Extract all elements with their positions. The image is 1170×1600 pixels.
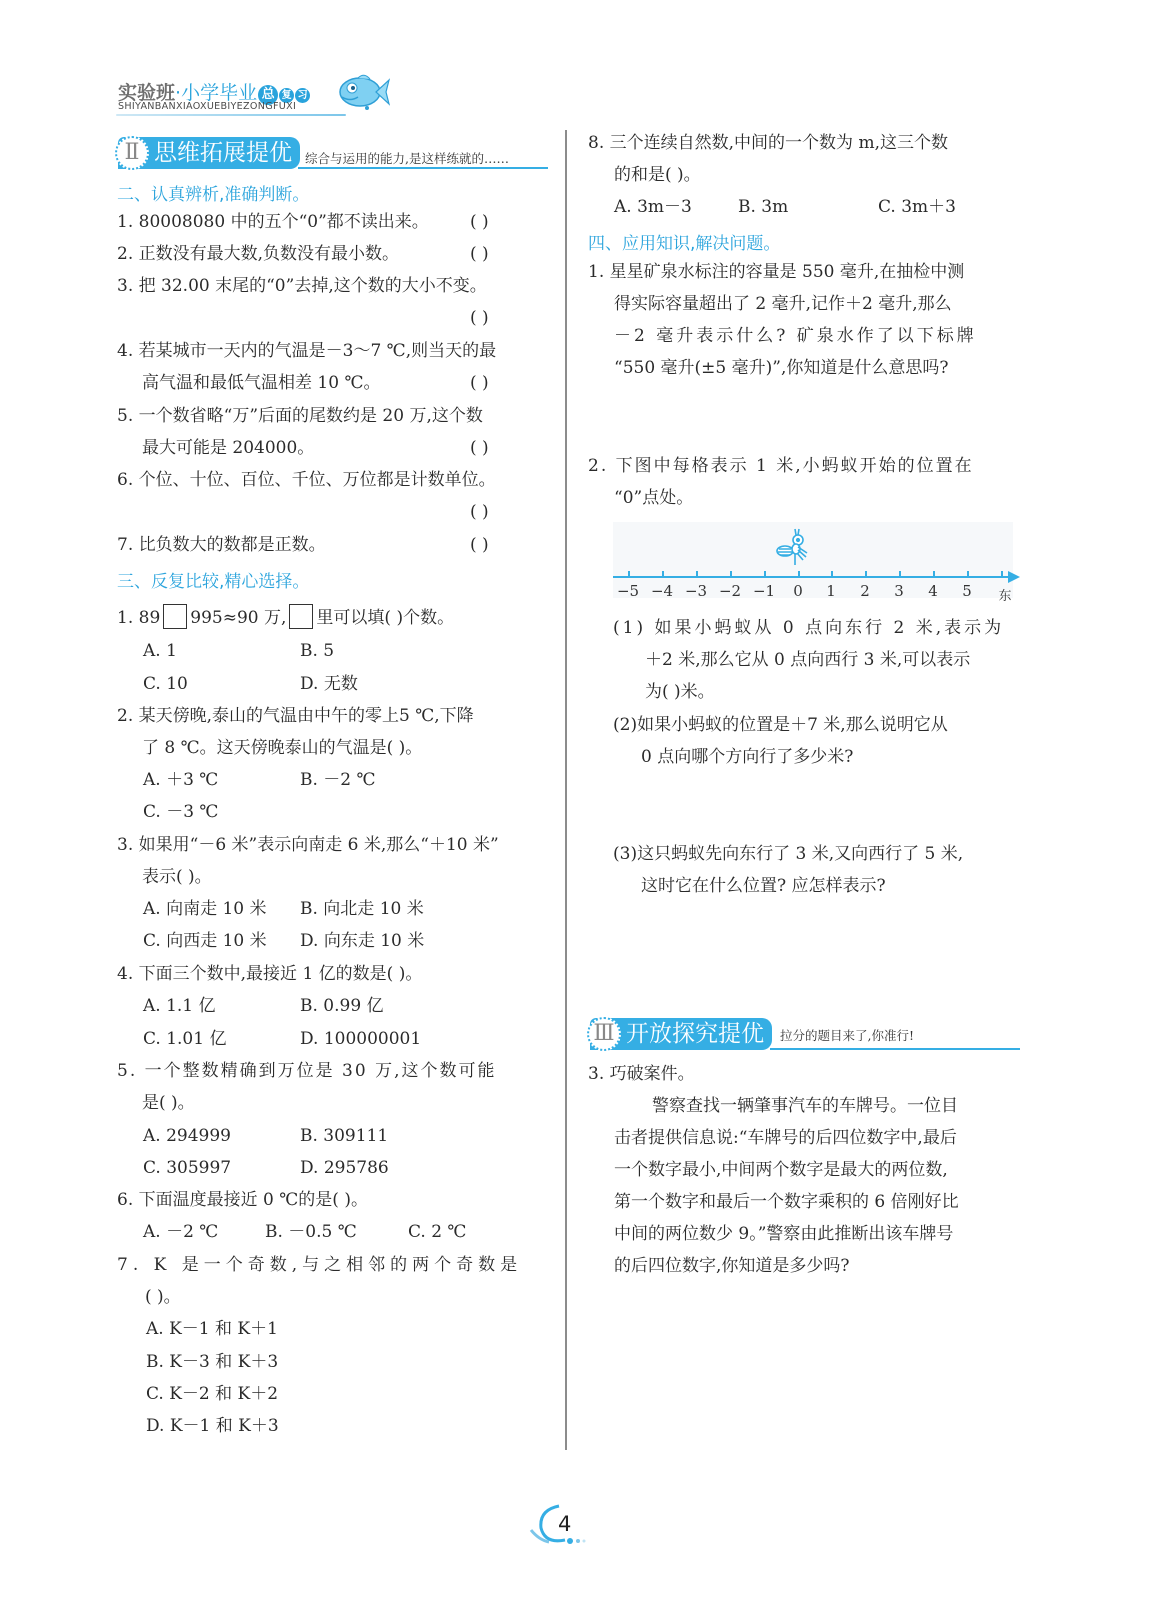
judgment-item-3: 3. 把 32.00 末尾的“0”去掉,这个数的大小不变。 (117, 276, 487, 296)
application-q1-line4: “550 毫升(±5 毫升)”,你知道是什么意思吗? (614, 358, 948, 378)
open-q3-line6: 的后四位数字,你知道是多少吗? (614, 1256, 850, 1276)
item-number: 5. (117, 406, 133, 426)
tick (628, 571, 630, 576)
tick-label: 4 (918, 582, 948, 600)
application-q1: 1. 星星矿泉水标注的容量是 550 毫升,在抽检中测 (588, 262, 964, 282)
choice-q3-cont: 表示( )。 (142, 867, 212, 887)
tick (798, 571, 800, 576)
tick (933, 571, 935, 576)
ant-icon (775, 527, 815, 569)
section-banner-III: 开放探究提优 Ⅲ 拉分的题目来了,你准行! (590, 1018, 1020, 1052)
answer-blank[interactable]: ( ) (470, 535, 489, 555)
item-number: 4. (117, 341, 133, 361)
open-q3-line2: 击者提供信息说:“车牌号的后四位数字中,最后 (614, 1128, 957, 1148)
application-q1-line2: 得实际容量超出了 2 毫升,记作＋2 毫升,那么 (614, 294, 952, 314)
tick (865, 571, 867, 576)
number-line-axis (613, 576, 1013, 578)
option-a[interactable]: A. 1 (143, 641, 177, 661)
choice-q7-cont: ( )。 (145, 1287, 181, 1307)
option-c[interactable]: C. 向西走 10 米 (143, 931, 267, 951)
option-a[interactable]: A. K－1 和 K＋1 (146, 1319, 278, 1339)
choice-q3: 3. 如果用“－6 米”表示向南走 6 米,那么“＋10 米” (117, 835, 499, 855)
sub-question-1: (1) 如果小蚂蚁从 0 点向东行 2 米,表示为 (613, 618, 1004, 638)
item-number: 1. (117, 608, 133, 628)
item-text: 巧破案件。 (610, 1064, 695, 1084)
option-c[interactable]: C. 2 ℃ (408, 1222, 466, 1242)
section-tagline: 综合与运用的能力,是这样练就的…… (305, 149, 509, 167)
q1-suffix: 里可以填( )个数。 (316, 608, 454, 628)
item-number: 6. (117, 470, 133, 490)
option-d[interactable]: D. 295786 (300, 1158, 389, 1178)
open-q3-line4: 第一个数字和最后一个数字乘积的 6 倍刚好比 (614, 1192, 959, 1212)
item-number: 7. (117, 1255, 143, 1275)
option-d[interactable]: D. 向东走 10 米 (300, 931, 424, 951)
tick-label: 3 (884, 582, 914, 600)
fill-box[interactable] (289, 604, 313, 629)
option-b[interactable]: B. 向北走 10 米 (300, 899, 424, 919)
item-text: 80008080 中的五个“0”都不读出来。 (139, 212, 429, 232)
item-text: 正数没有最大数,负数没有最小数。 (139, 244, 399, 264)
item-text: 比负数大的数都是正数。 (139, 535, 326, 555)
tick (696, 571, 698, 576)
option-d[interactable]: D. 100000001 (300, 1029, 421, 1049)
number-line-arrow-icon (1008, 571, 1020, 583)
option-a[interactable]: A. 1.1 亿 (143, 996, 216, 1016)
roman-numeral-badge: Ⅱ (115, 136, 149, 170)
option-b[interactable]: B. －0.5 ℃ (265, 1222, 357, 1242)
application-q2: 2. 下图中每格表示 1 米,小蚂蚁开始的位置在 (588, 456, 974, 476)
item-number: 6. (117, 1190, 133, 1210)
open-q3-line1: 警察查找一辆肇事汽车的车牌号。一位目 (652, 1096, 958, 1116)
judgment-item-4: 4. 若某城市一天内的气温是－3～7 ℃,则当天的最 (117, 341, 496, 361)
sub-question-2-line2: 0 点向哪个方向行了多少米? (641, 747, 853, 767)
option-d[interactable]: D. K－1 和 K＋3 (146, 1416, 279, 1436)
banner-rule (770, 1048, 1020, 1050)
tick (730, 571, 732, 576)
tick-label: −2 (715, 582, 745, 600)
tick (764, 571, 766, 576)
tick-label: 0 (783, 582, 813, 600)
option-c[interactable]: C. 3m＋3 (878, 197, 956, 217)
open-q3-line5: 中间的两位数少 9。”警察由此推断出该车牌号 (614, 1224, 953, 1244)
answer-blank[interactable]: ( ) (470, 244, 489, 264)
item-text: 下面三个数中,最接近 1 亿的数是( )。 (139, 964, 423, 984)
option-b[interactable]: B. 309111 (300, 1126, 388, 1146)
column-divider (565, 130, 567, 1450)
badge-xi: 习 (295, 88, 310, 103)
fill-box[interactable] (163, 604, 187, 629)
open-q3-line3: 一个数字最小,中间两个数字是最大的两位数, (614, 1160, 948, 1180)
option-d[interactable]: D. 无数 (300, 674, 358, 694)
tick-label: −5 (613, 582, 643, 600)
item-text: 若某城市一天内的气温是－3～7 ℃,则当天的最 (139, 341, 496, 361)
item-number: 2. (117, 706, 133, 726)
option-a[interactable]: A. 向南走 10 米 (143, 899, 267, 919)
option-b[interactable]: B. K－3 和 K＋3 (146, 1352, 278, 1372)
option-c[interactable]: C. 1.01 亿 (143, 1029, 226, 1049)
item-text: K 是一个奇数,与之相邻的两个奇数是 (154, 1255, 523, 1275)
option-a[interactable]: A. －2 ℃ (143, 1222, 218, 1242)
choice-q1: 1. 89995≈90 万,里可以填( )个数。 (117, 604, 454, 629)
tick (967, 571, 969, 576)
option-c[interactable]: C. 10 (143, 674, 188, 694)
item-number: 3. (117, 835, 133, 855)
part-heading-choice: 三、反复比较,精心选择。 (117, 567, 309, 592)
sub-question-1-line3: 为( )米。 (645, 682, 715, 702)
choice-q7: 7. K 是一个奇数,与之相邻的两个奇数是 (117, 1255, 522, 1275)
tick-label: 1 (816, 582, 846, 600)
answer-blank[interactable]: ( ) (470, 308, 489, 328)
judgment-item-7: 7. 比负数大的数都是正数。 (117, 535, 326, 555)
item-text: 如果用“－6 米”表示向南走 6 米,那么“＋10 米” (139, 835, 499, 855)
item-number: 3. (117, 276, 133, 296)
item-text: 一个数省略“万”后面的尾数约是 20 万,这个数 (139, 406, 483, 426)
choice-q5: 5. 一个整数精确到万位是 30 万,这个数可能 (117, 1061, 496, 1081)
choice-q4: 4. 下面三个数中,最接近 1 亿的数是( )。 (117, 964, 422, 984)
q1-middle: 995≈90 万, (190, 608, 286, 628)
choice-q6: 6. 下面温度最接近 0 ℃的是( )。 (117, 1190, 368, 1210)
choice-q8: 8. 三个连续自然数,中间的一个数为 m,这三个数 (588, 133, 948, 153)
tick-label: −1 (749, 582, 779, 600)
tick-label: 2 (850, 582, 880, 600)
answer-blank[interactable]: ( ) (470, 438, 489, 458)
option-c[interactable]: C. 305997 (143, 1158, 231, 1178)
option-b[interactable]: B. 5 (300, 641, 334, 661)
judgment-item-5: 5. 一个数省略“万”后面的尾数约是 20 万,这个数 (117, 406, 483, 426)
item-number: 1. (588, 262, 604, 282)
item-text: 三个连续自然数,中间的一个数为 m,这三个数 (610, 133, 948, 153)
tick (662, 571, 664, 576)
answer-blank[interactable]: ( ) (470, 212, 489, 232)
section-banner-II: 思维拓展提优 Ⅱ 综合与运用的能力,是这样练就的…… (118, 137, 548, 171)
tick-label: −4 (647, 582, 677, 600)
page-number: 4 (558, 1512, 571, 1536)
choice-q2: 2. 某天傍晚,泰山的气温由中午的零上5 ℃,下降 (117, 706, 474, 726)
tick-label: 5 (952, 582, 982, 600)
part-heading-application: 四、应用知识,解决问题。 (588, 229, 780, 254)
item-number: 7. (117, 535, 133, 555)
application-q1-line3: －2 毫升表示什么? 矿泉水作了以下标牌 (614, 326, 977, 346)
option-a[interactable]: A. 3m－3 (614, 197, 692, 217)
open-q3-title: 3. 巧破案件。 (588, 1064, 695, 1084)
choice-q2-cont: 了 8 ℃。这天傍晚泰山的气温是( )。 (142, 738, 422, 758)
judgment-item-4-cont: 高气温和最低气温相差 10 ℃。 (142, 373, 380, 393)
part-heading-judgment: 二、认真辨析,准确判断。 (117, 180, 309, 205)
tick (1001, 571, 1003, 576)
option-c[interactable]: C. －3 ℃ (143, 802, 218, 822)
item-text: 把 32.00 末尾的“0”去掉,这个数的大小不变。 (139, 276, 487, 296)
fish-mascot-icon (336, 70, 390, 114)
item-number: 3. (588, 1064, 604, 1084)
item-number: 4. (117, 964, 133, 984)
item-text: 星星矿泉水标注的容量是 550 毫升,在抽检中测 (610, 262, 965, 282)
option-a[interactable]: A. 294999 (143, 1126, 231, 1146)
choice-q8-cont: 的和是( )。 (614, 165, 701, 185)
item-number: 2. (588, 456, 608, 476)
section-tagline: 拉分的题目来了,你准行! (780, 1026, 914, 1044)
judgment-item-6: 6. 个位、十位、百位、千位、万位都是计数单位。 (117, 470, 496, 490)
item-text: 某天傍晚,泰山的气温由中午的零上5 ℃,下降 (139, 706, 474, 726)
judgment-item-1: 1. 80008080 中的五个“0”都不读出来。 (117, 212, 429, 232)
application-q2-cont: “0”点处。 (614, 488, 693, 508)
item-number: 5. (117, 1061, 137, 1081)
option-c[interactable]: C. K－2 和 K＋2 (146, 1384, 278, 1404)
header-underline (116, 114, 346, 116)
q1-prefix: 89 (139, 608, 161, 628)
sub-question-1-line2: ＋2 米,那么它从 0 点向西行 3 米,可以表示 (645, 650, 970, 670)
item-number: 1. (117, 212, 133, 232)
item-number: 2. (117, 244, 133, 264)
roman-numeral-badge: Ⅲ (587, 1017, 621, 1051)
answer-blank[interactable]: ( ) (470, 502, 489, 522)
choice-q5-cont: 是( )。 (142, 1093, 195, 1113)
judgment-item-2: 2. 正数没有最大数,负数没有最小数。 (117, 244, 399, 264)
brand-pinyin: SHIYANBANXIAOXUEBIYEZONGFUXI (118, 101, 296, 112)
sub-question-3-line2: 这时它在什么位置? 应怎样表示? (641, 876, 886, 896)
option-b[interactable]: B. －2 ℃ (300, 770, 376, 790)
option-b[interactable]: B. 0.99 亿 (300, 996, 384, 1016)
item-text: 下图中每格表示 1 米,小蚂蚁开始的位置在 (616, 456, 974, 476)
direction-label-east: 东 (990, 585, 1020, 604)
item-text: 个位、十位、百位、千位、万位都是计数单位。 (139, 470, 496, 490)
item-number: 8. (588, 133, 604, 153)
item-text: 一个整数精确到万位是 30 万,这个数可能 (145, 1061, 497, 1081)
sub-question-3: (3)这只蚂蚁先向东行了 3 米,又向西行了 5 米, (613, 844, 963, 864)
sub-question-2: (2)如果小蚂蚁的位置是＋7 米,那么说明它从 (613, 715, 948, 735)
item-text: 下面温度最接近 0 ℃的是( )。 (139, 1190, 368, 1210)
banner-rule (298, 167, 548, 169)
tick-label: −3 (681, 582, 711, 600)
answer-blank[interactable]: ( ) (470, 373, 489, 393)
judgment-item-5-cont: 最大可能是 204000。 (142, 438, 314, 458)
option-b[interactable]: B. 3m (738, 197, 788, 217)
tick (831, 571, 833, 576)
option-a[interactable]: A. ＋3 ℃ (143, 770, 218, 790)
tick (899, 571, 901, 576)
